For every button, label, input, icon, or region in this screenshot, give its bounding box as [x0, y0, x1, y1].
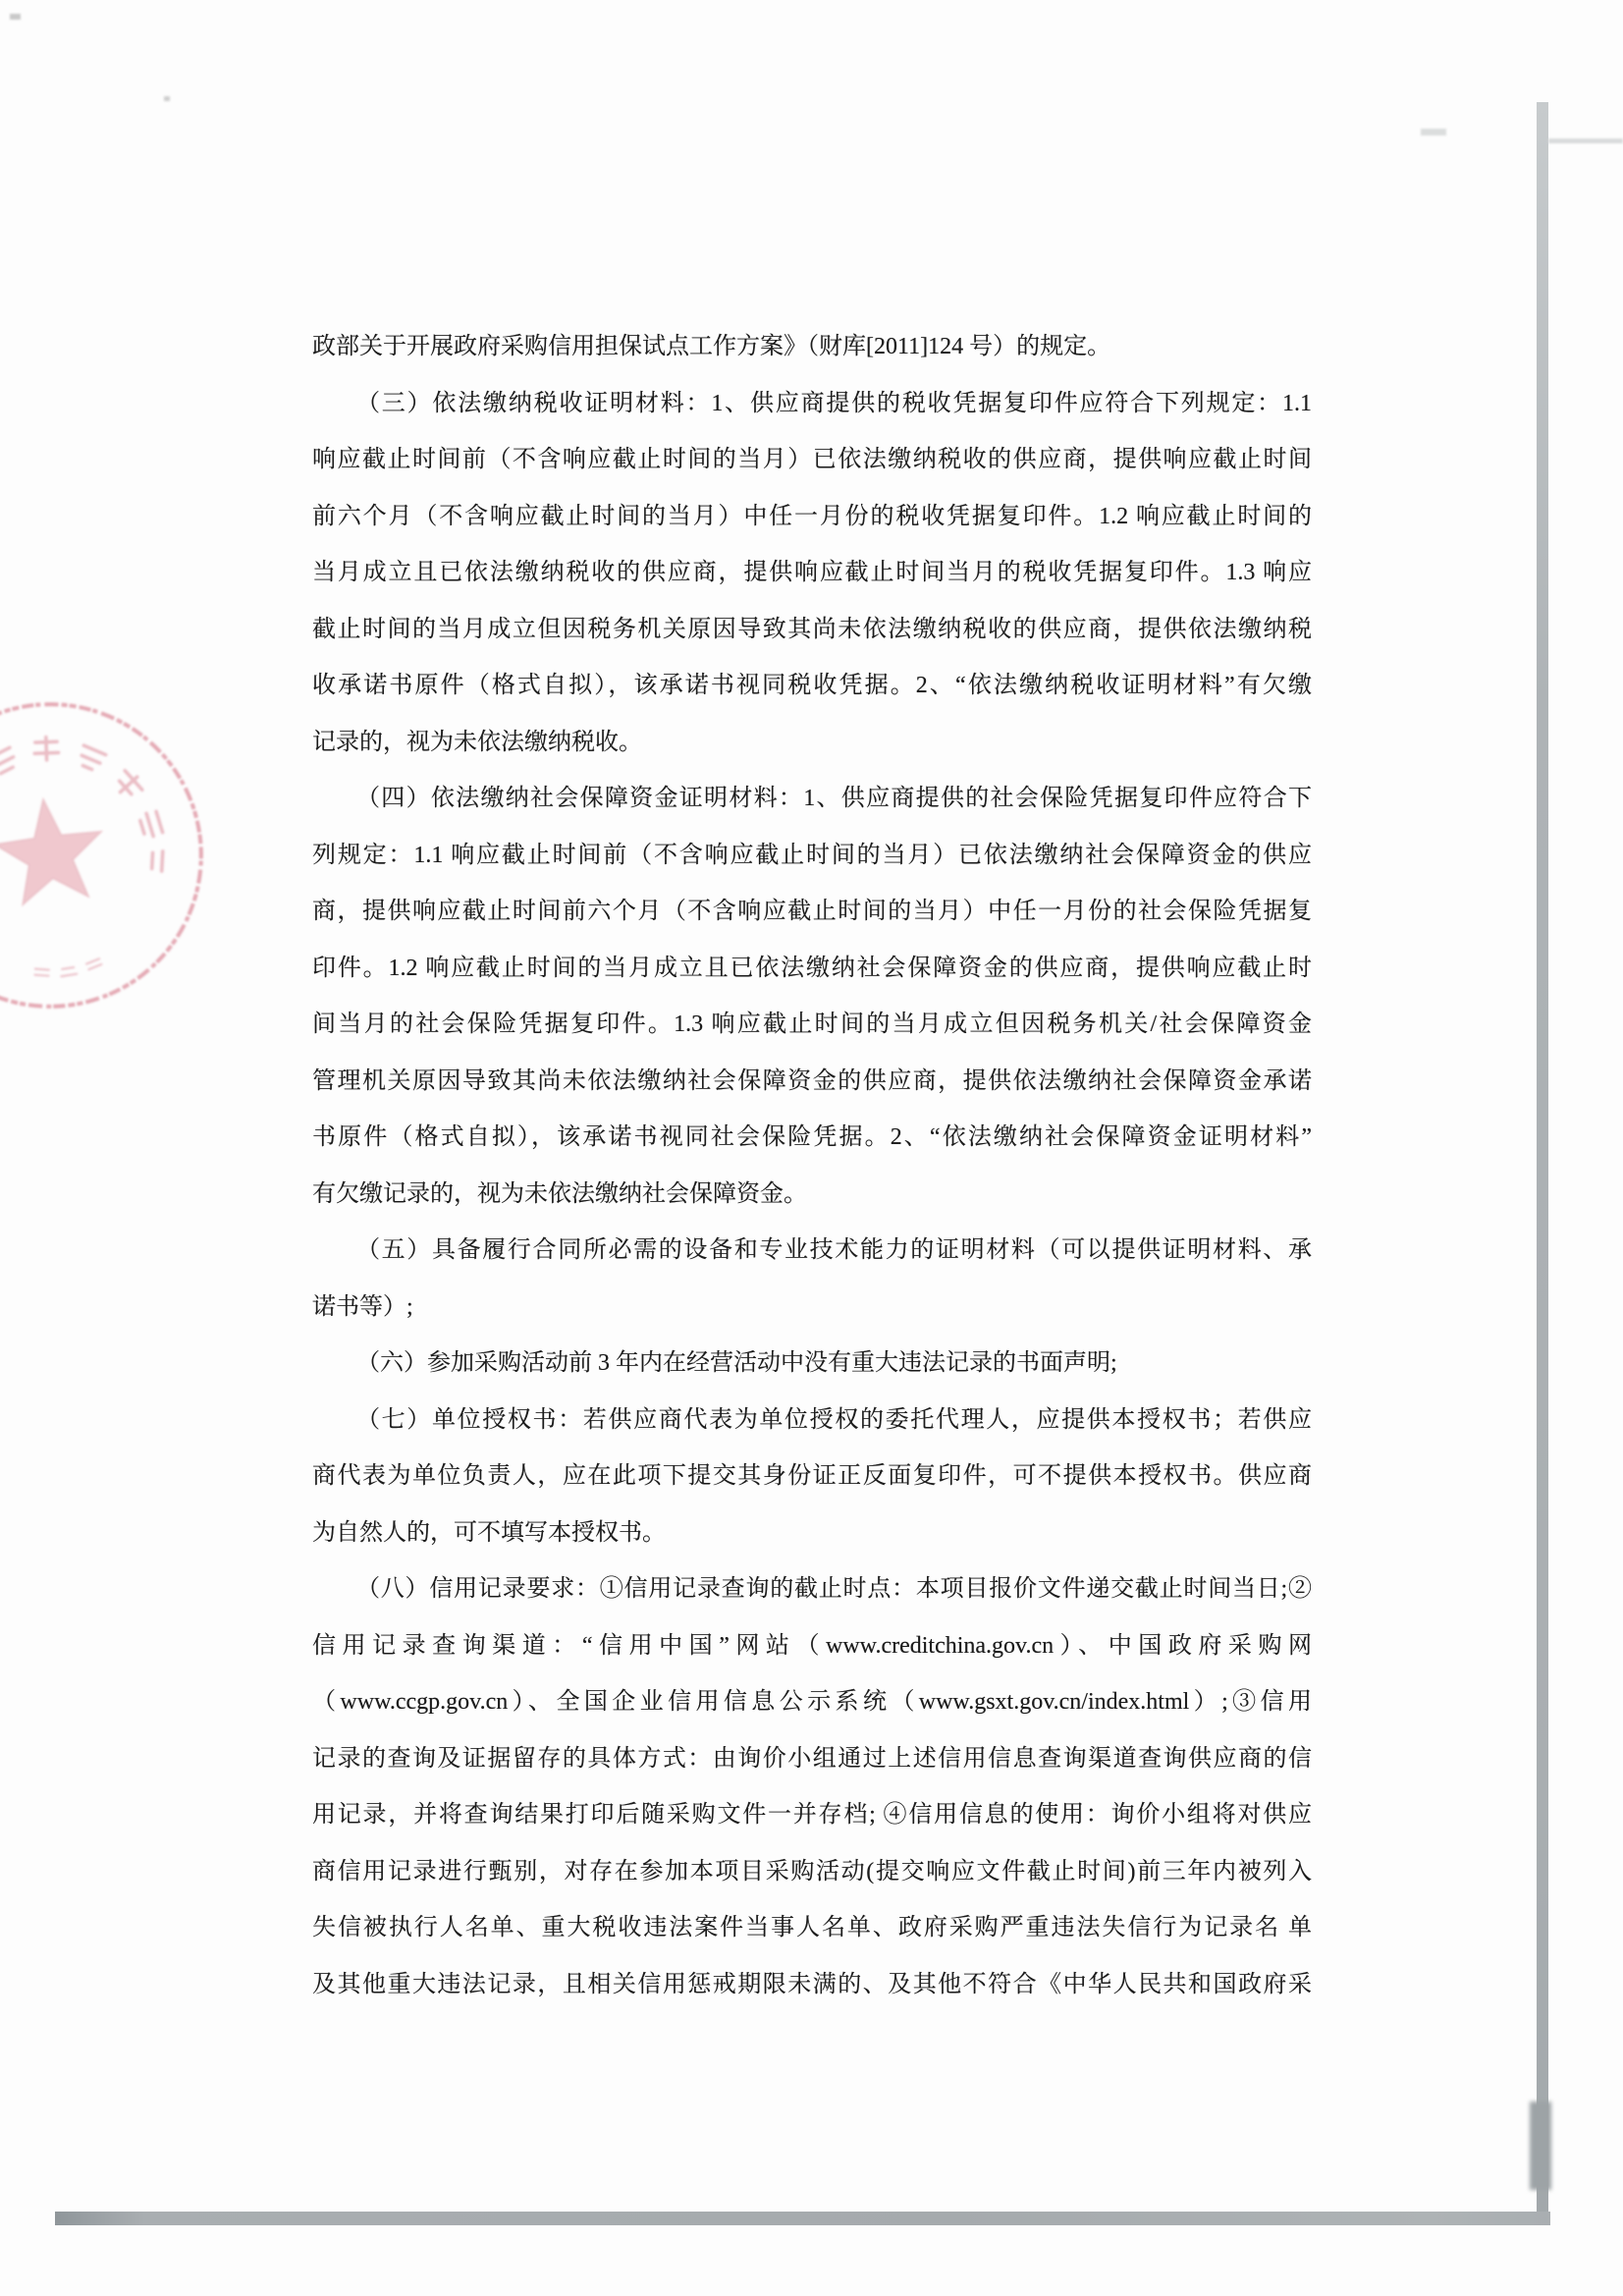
paper-edge-shadow-bottom [55, 2212, 1550, 2225]
stamp-text-marks [0, 724, 167, 899]
text-line: 记录的，视为未依法缴纳税收。 [312, 715, 1312, 772]
text-line: 商代表为单位负责人，应在此项下提交其身份证正反面复印件，可不提供本授权书。供应商 [312, 1449, 1312, 1505]
document-body: 政部关于开展政府采购信用担保试点工作方案》（财库[2011]124 号）的规定。… [312, 319, 1312, 2013]
text-line: （五）具备履行合同所必需的设备和专业技术能力的证明材料（可以提供证明材料、承 [312, 1223, 1312, 1280]
text-line: 列规定：1.1 响应截止时间前（不含响应截止时间的当月）已依法缴纳社会保障资金的… [312, 828, 1312, 885]
stamp-bottom-marks [33, 958, 102, 979]
text-line: 截止时间的当月成立但因税务机关原因导致其尚未依法缴纳税收的供应商，提供依法缴纳税 [312, 602, 1312, 659]
text-line: 前六个月（不含响应截止时间的当月）中任一月份的税收凭据复印件。1.2 响应截止时… [312, 489, 1312, 546]
text-line: 印件。1.2 响应截止时间的当月成立且已依法缴纳社会保障资金的供应商，提供响应截… [312, 941, 1312, 998]
text-line: 记录的查询及证据留存的具体方式：由询价小组通过上述信用信息查询渠道查询供应商的信 [312, 1731, 1312, 1788]
text-line: （六）参加采购活动前 3 年内在经营活动中没有重大违法记录的书面声明; [312, 1336, 1312, 1393]
text-line: 商信用记录进行甄别，对存在参加本项目采购活动(提交响应文件截止时间)前三年内被列… [312, 1844, 1312, 1901]
text-line: 书原件（格式自拟），该承诺书视同社会保险凭据。2、“依法缴纳社会保障资金证明材料… [312, 1110, 1312, 1167]
text-line: 为自然人的，可不填写本授权书。 [312, 1505, 1312, 1562]
text-line: 当月成立且已依法缴纳税收的供应商，提供响应截止时间当月的税收凭据复印件。1.3 … [312, 545, 1312, 602]
scanned-document-page: { "page": { "kind": "scanned-paper-photo… [0, 0, 1623, 2296]
text-line: 政部关于开展政府采购信用担保试点工作方案》（财库[2011]124 号）的规定。 [312, 319, 1312, 376]
scan-speck [10, 14, 21, 20]
text-line: 诺书等）; [312, 1280, 1312, 1337]
paper-edge-smudge [1530, 2102, 1551, 2190]
text-line: （三）依法缴纳税收证明材料：1、供应商提供的税收凭据复印件应符合下列规定：1.1 [312, 376, 1312, 433]
text-line: 用记录，并将查询结果打印后随采购文件一并存档; ④信用信息的使用：询价小组将对供… [312, 1787, 1312, 1844]
text-line: 及其他重大违法记录，且相关信用惩戒期限未满的、及其他不符合《中华人民共和国政府采 [312, 1957, 1312, 2014]
text-line: （八）信用记录要求：①信用记录查询的截止时点：本项目报价文件递交截止时间当日;② [312, 1561, 1312, 1618]
text-line: 商，提供响应截止时间前六个月（不含响应截止时间的当月）中任一月份的社会保险凭据复 [312, 884, 1312, 941]
text-line: 信用记录查询渠道：“信用中国”网站（www.creditchina.gov.cn… [312, 1618, 1312, 1675]
paper-edge-shadow-right [1537, 102, 1548, 2225]
text-line: 间当月的社会保险凭据复印件。1.3 响应截止时间的当月成立但因税务机关/社会保障… [312, 997, 1312, 1054]
scan-speck [1548, 138, 1623, 143]
text-line: 有欠缴记录的，视为未依法缴纳社会保障资金。 [312, 1167, 1312, 1224]
text-line: （四）依法缴纳社会保障资金证明材料：1、供应商提供的社会保险凭据复印件应符合下 [312, 771, 1312, 828]
text-line: （www.ccgp.gov.cn）、全国企业信用信息公示系统（www.gsxt.… [312, 1674, 1312, 1731]
stamp-star [0, 793, 108, 906]
text-line: 响应截止时间前（不含响应截止时间的当月）已依法缴纳税收的供应商，提供响应截止时间 [312, 432, 1312, 489]
red-seal-stamp [0, 673, 233, 1038]
text-line: （七）单位授权书：若供应商代表为单位授权的委托代理人，应提供本授权书；若供应 [312, 1393, 1312, 1449]
text-line: 管理机关原因导致其尚未依法缴纳社会保障资金的供应商，提供依法缴纳社会保障资金承诺 [312, 1054, 1312, 1111]
page: 政部关于开展政府采购信用担保试点工作方案》（财库[2011]124 号）的规定。… [0, 0, 1623, 2296]
scan-speck [1421, 129, 1446, 136]
text-line: 失信被执行人名单、重大税收违法案件当事人名单、政府采购严重违法失信行为记录名 单 [312, 1900, 1312, 1957]
scan-speck [164, 96, 170, 101]
text-line: 收承诺书原件（格式自拟），该承诺书视同税收凭据。2、“依法缴纳税收证明材料”有欠… [312, 658, 1312, 715]
